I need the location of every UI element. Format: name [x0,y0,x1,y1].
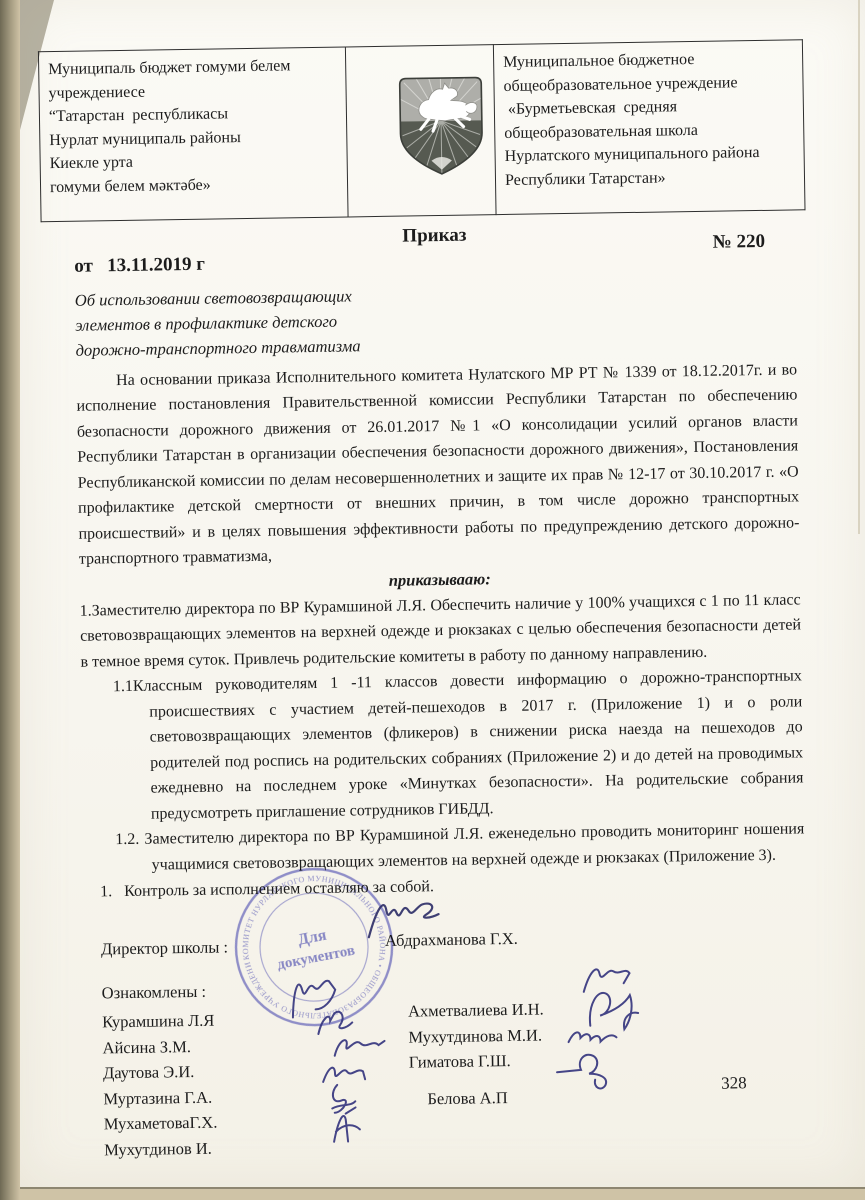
letterhead-table: Муниципаль бюджет гомуми белем учреждени… [38,39,806,221]
order-item-1: 1.Заместителю директора по ВР Курамшиной… [80,587,802,675]
item-text: Классным руководителям 1 -11 классов дов… [133,667,804,822]
item-number: 1.2. [115,831,144,848]
order-subject: Об использовании световозвращающих элеме… [75,276,797,362]
order-number: № 220 [712,230,765,253]
acknowledged-name: Мухутдинов И. [104,1135,218,1162]
acknowledged-names-left: Курамшина Л.Я Айсина З.М. Даутова Э.И. М… [102,1008,218,1163]
org-name-tatar: Муниципаль бюджет гомуми белем учреждени… [38,47,348,221]
order-intro-paragraph: На основании приказа Исполнительного ком… [76,357,800,572]
acknowledged-name: Курамшина Л.Я [102,1008,216,1035]
acknowledged-name: Муртазина Г.А. [103,1084,217,1111]
signature-ink [555,1049,628,1094]
signature-block: КОМИТЕТ НУРЛАТСКОГО МУНИЦИПАЛЬНОГО РАЙОН… [84,898,809,1169]
coat-of-arms-icon [391,73,491,181]
page-number: 328 [721,1073,747,1093]
document-content: Муниципаль бюджет гомуми белем учреждени… [12,0,865,1194]
acknowledged-name: Белова А.П [427,1084,545,1111]
acknowledged-name: Мухутдинова М.И. [408,1022,544,1050]
item-number: 1.1 [113,678,133,695]
director-signature-ink [362,892,445,949]
signature-ink [326,1105,367,1148]
acknowledged-label: Ознакомлены : [102,982,207,1004]
order-date: от 13.11.2019 г [74,253,205,276]
acknowledged-name: МухаметоваГ.Х. [104,1110,218,1137]
scanned-page: Муниципаль бюджет гомуми белем учреждени… [20,0,865,1189]
acknowledged-names-right: Ахметвалиева И.Н. Мухутдинова М.И. Гимат… [408,996,545,1111]
emblem-cell [345,45,496,217]
order-item-1-2: 1.2. Заместителю директора по ВР Курамши… [115,816,805,878]
stamp-center-line2: документов [276,943,356,974]
acknowledged-name: Гиматова Г.Ш. [409,1047,545,1075]
acknowledged-name: Айсина З.М. [102,1033,216,1060]
item-text: Заместителю директора по ВР Курамшиной Л… [144,820,804,873]
order-item-1-1: 1.1Классным руководителям 1 -11 классов … [113,663,804,827]
acknowledged-name: Даутова Э.И. [103,1059,217,1086]
signature-ink [564,1023,620,1050]
stamp-center-line1: Для [297,927,329,949]
acknowledged-name: Ахметвалиева И.Н. [408,996,544,1024]
org-name-russian: Муниципальное бюджетное общеобразователь… [493,40,805,214]
director-label: Директор школы : [101,937,228,959]
